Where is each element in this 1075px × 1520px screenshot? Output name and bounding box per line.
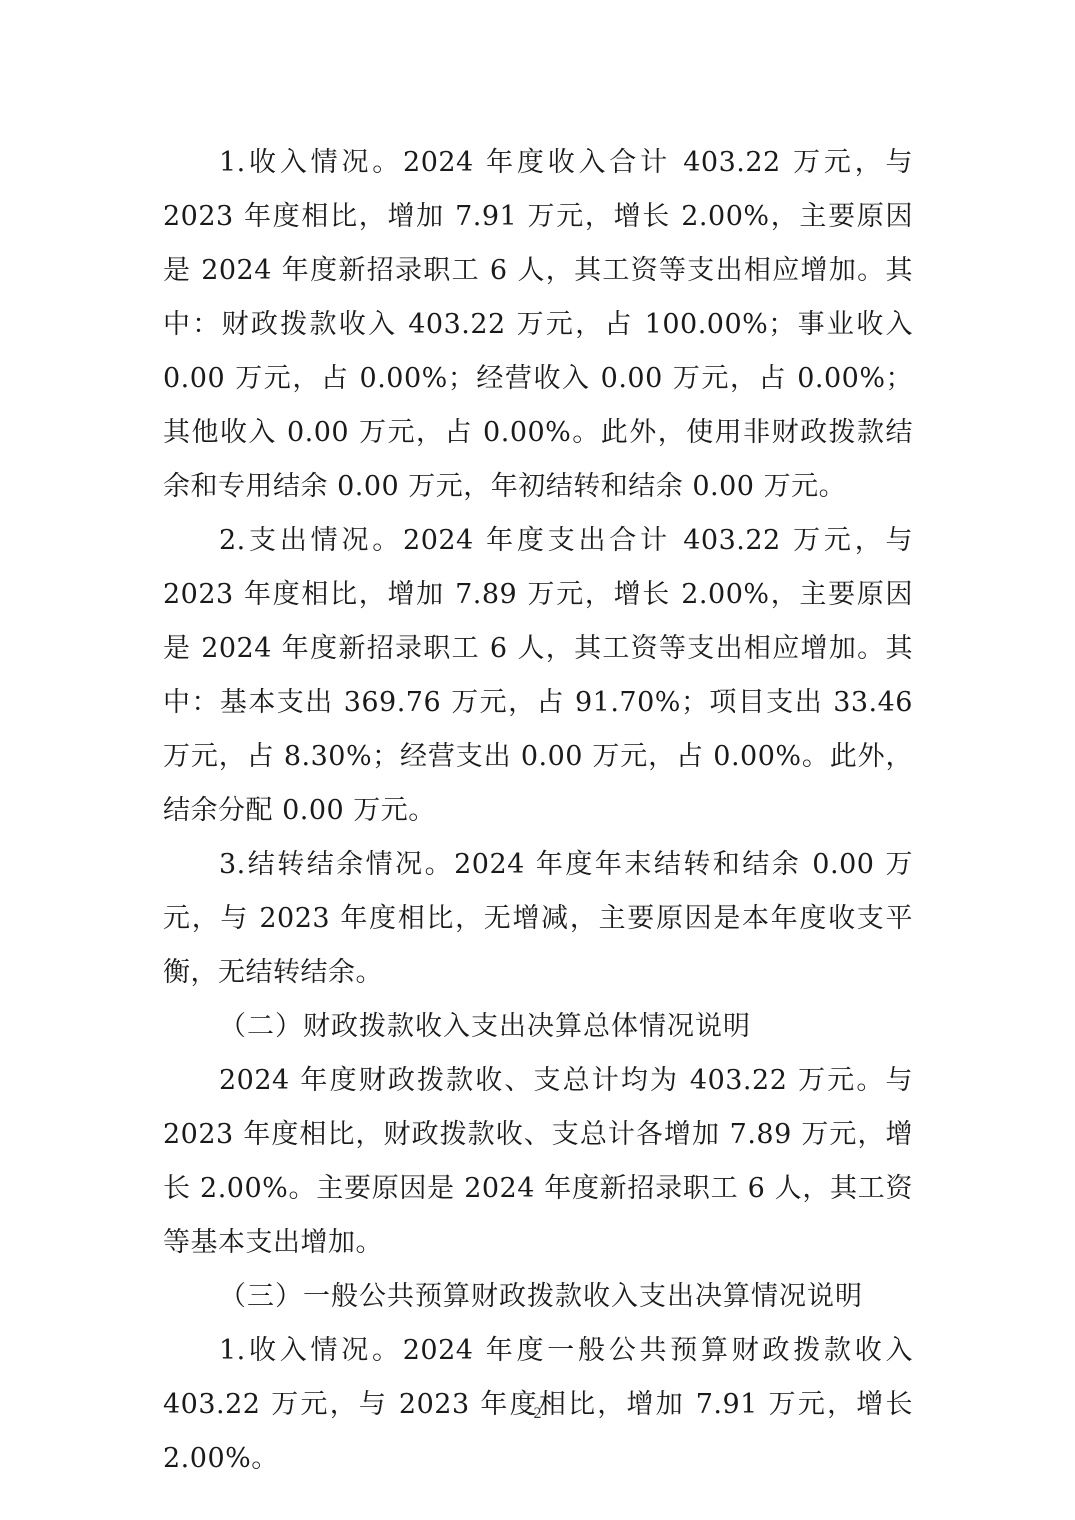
document-page: 1.收入情况。2024 年度收入合计 403.22 万元，与 2023 年度相比…: [163, 136, 913, 1486]
paragraph-expense: 2.支出情况。2024 年度支出合计 403.22 万元，与 2023 年度相比…: [163, 514, 913, 838]
section-heading-fiscal-overview: （二）财政拨款收入支出决算总体情况说明: [163, 1000, 913, 1054]
section-heading-general-public-budget: （三）一般公共预算财政拨款收入支出决算情况说明: [163, 1270, 913, 1324]
paragraph-fiscal-total: 2024 年度财政拨款收、支总计均为 403.22 万元。与 2023 年度相比…: [163, 1054, 913, 1270]
paragraph-income: 1.收入情况。2024 年度收入合计 403.22 万元，与 2023 年度相比…: [163, 136, 913, 514]
page-number: -2-: [0, 1405, 1075, 1423]
paragraph-carryover: 3.结转结余情况。2024 年度年末结转和结余 0.00 万元，与 2023 年…: [163, 838, 913, 1000]
